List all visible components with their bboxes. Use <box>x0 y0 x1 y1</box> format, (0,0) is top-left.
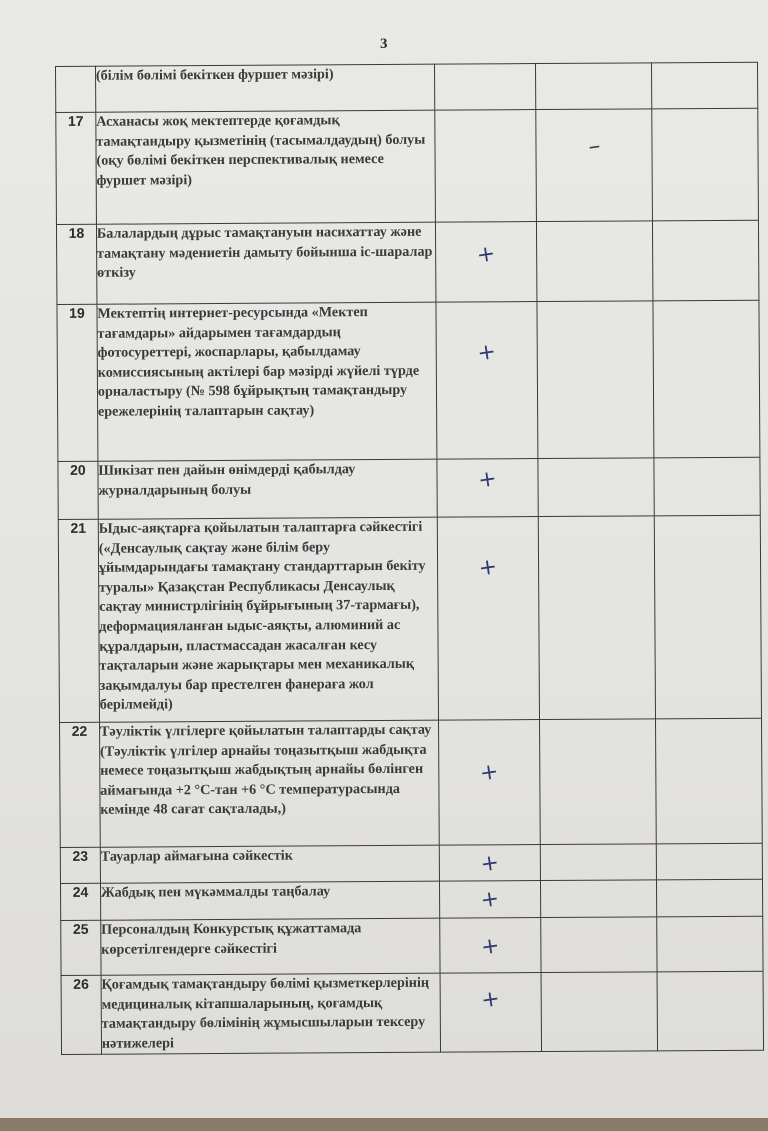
row-requirement: Мектептің интернет-ресурсында «Мектеп та… <box>97 302 437 461</box>
table-row: 24 Жабдық пен мүкәммалды таңбалау + <box>60 879 762 920</box>
row-number: 26 <box>61 975 101 1055</box>
table-row: 18 Балалардың дұрыс тамақтануын насихатт… <box>56 220 758 304</box>
mark-cell-2: – <box>535 109 652 222</box>
row-requirement: Тауарлар аймағына сәйкестік <box>100 845 439 883</box>
mark-cell-1: + <box>439 881 540 919</box>
mark-cell-1: + <box>439 845 540 882</box>
row-number: 21 <box>58 519 99 722</box>
row-number <box>56 66 96 112</box>
handwritten-mark <box>537 233 651 250</box>
table-row: 20 Шикізат пен дайын өнімдерді қабылдау … <box>58 457 760 519</box>
mark-cell-1: + <box>437 459 538 518</box>
mark-cell-1: + <box>435 222 536 303</box>
table-row: 22 Тәуліктік үлгілерге қойылатын талапта… <box>60 718 763 847</box>
page-number: 3 <box>380 36 388 53</box>
row-requirement: Асханасы жоқ мектептерде қоғамдық тамақт… <box>96 110 436 224</box>
mark-cell-1: + <box>438 720 539 846</box>
row-requirement: Жабдық пен мүкәммалды таңбалау <box>100 881 439 920</box>
checklist-table: (білім бөлімі бекіткен фуршет мәзірі) 17… <box>55 62 764 1056</box>
table-row: 23 Тауарлар аймағына сәйкестік + <box>60 843 762 883</box>
mark-cell-3 <box>656 879 762 917</box>
mark-cell-3 <box>657 916 763 972</box>
handwritten-mark <box>539 458 653 475</box>
mark-cell-3 <box>654 457 760 516</box>
handwritten-mark <box>540 751 654 768</box>
mark-cell-2 <box>538 516 656 720</box>
mark-cell-2 <box>536 221 653 302</box>
mark-cell-1: + <box>436 302 538 460</box>
handwritten-mark <box>541 878 655 895</box>
handwritten-mark <box>435 67 534 81</box>
handwritten-mark <box>542 978 656 995</box>
handwritten-mark <box>541 925 655 942</box>
handwritten-mark: + <box>438 753 540 792</box>
mark-cell-3 <box>654 515 761 719</box>
handwritten-mark: – <box>535 123 653 167</box>
row-requirement: Персоналдың Конкурстық құжаттамада көрсе… <box>101 918 440 975</box>
row-number: 19 <box>57 304 98 461</box>
handwritten-mark: + <box>435 235 537 274</box>
handwritten-mark: + <box>439 880 541 919</box>
row-number: 20 <box>58 461 98 519</box>
mark-cell-3 <box>652 220 759 301</box>
handwritten-mark <box>538 331 652 348</box>
row-number: 22 <box>60 722 101 847</box>
mark-cell-3 <box>652 108 759 221</box>
handwritten-mark <box>436 128 535 142</box>
mark-cell-2 <box>540 844 657 881</box>
row-requirement: (білім бөлімі бекіткен фуршет мәзірі) <box>95 64 434 112</box>
mark-cell-1: + <box>437 517 539 721</box>
row-number: 17 <box>56 112 97 224</box>
mark-cell-2 <box>540 917 657 973</box>
mark-cell-2 <box>536 301 653 459</box>
handwritten-mark: + <box>435 333 537 372</box>
handwritten-mark <box>536 65 650 82</box>
mark-cell-1: + <box>440 973 541 1053</box>
mark-cell-2 <box>540 880 657 918</box>
mark-cell-1 <box>435 110 536 223</box>
mark-cell-2 <box>541 972 658 1052</box>
mark-cell-3 <box>651 62 757 109</box>
mark-cell-2 <box>537 458 654 517</box>
mark-cell-3 <box>653 300 760 458</box>
handwritten-mark: + <box>437 548 539 587</box>
document-page: 3 (білім бөлімі бекіткен фуршет мәзірі) … <box>0 0 768 1118</box>
handwritten-mark: + <box>438 844 540 883</box>
table-row: (білім бөлімі бекіткен фуршет мәзірі) <box>56 62 758 112</box>
mark-cell-2 <box>539 719 656 845</box>
mark-cell-3 <box>655 718 762 844</box>
row-requirement: Тәуліктік үлгілерге қойылатын талаптарды… <box>99 720 439 847</box>
mark-cell-2 <box>535 63 652 110</box>
row-requirement: Балалардың дұрыс тамақтануын насихаттау … <box>96 222 435 304</box>
mark-cell-1: + <box>439 918 540 974</box>
row-number: 25 <box>61 920 101 975</box>
row-requirement: Шикізат пен дайын өнімдерді қабылдау жур… <box>98 459 437 519</box>
mark-cell-3 <box>656 843 762 880</box>
handwritten-mark: + <box>436 460 538 499</box>
mark-cell-1 <box>434 64 535 111</box>
row-requirement: Ыдыс-аяқтарға қойылатын талаптарға сәйке… <box>98 517 438 722</box>
mark-cell-3 <box>657 971 763 1051</box>
table-row: 17 Асханасы жоқ мектептерде қоғамдық там… <box>56 108 759 224</box>
row-requirement: Қоғамдық тамақтандыру бөлімі қызметкерле… <box>101 973 440 1054</box>
row-number: 24 <box>60 883 100 920</box>
row-number: 23 <box>60 847 100 883</box>
handwritten-mark <box>539 546 653 563</box>
handwritten-mark: + <box>439 927 541 966</box>
table-row: 21 Ыдыс-аяқтарға қойылатын талаптарға сә… <box>58 515 761 722</box>
row-number: 18 <box>56 224 96 304</box>
table-row: 26 Қоғамдық тамақтандыру бөлімі қызметке… <box>61 971 763 1055</box>
handwritten-mark: + <box>439 980 541 1019</box>
table-row: 25 Персоналдың Конкурстық құжаттамада кө… <box>61 916 763 975</box>
handwritten-mark <box>541 842 655 859</box>
table-row: 19 Мектептің интернет-ресурсында «Мектеп… <box>57 300 760 461</box>
